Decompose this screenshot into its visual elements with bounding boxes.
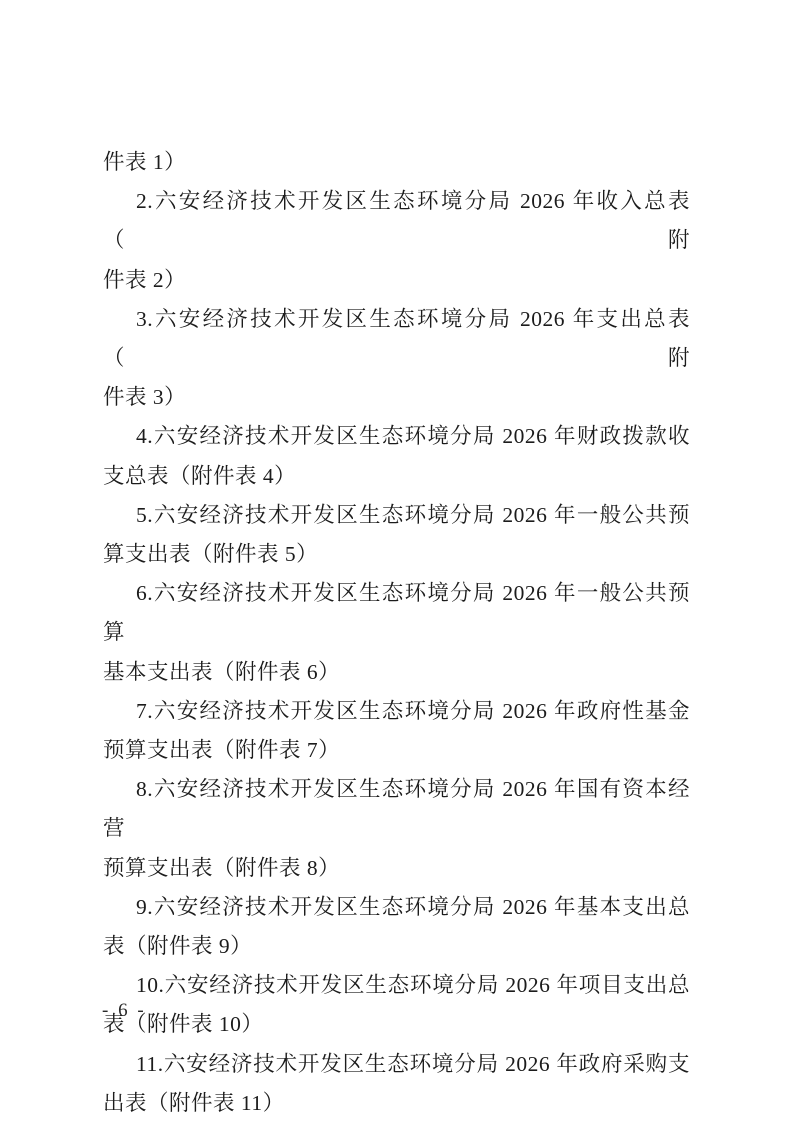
document-body: 件表 1） 2.六安经济技术开发区生态环境分局 2026 年收入总表（附 件表 … xyxy=(103,143,690,1122)
doc-line: 5.六安经济技术开发区生态环境分局 2026 年一般公共预 xyxy=(103,496,690,535)
page-number: - 6 - xyxy=(102,1000,146,1022)
doc-line: 8.六安经济技术开发区生态环境分局 2026 年国有资本经营 xyxy=(103,770,690,848)
doc-line: 10.六安经济技术开发区生态环境分局 2026 年项目支出总 xyxy=(103,966,690,1005)
doc-line: 7.六安经济技术开发区生态环境分局 2026 年政府性基金 xyxy=(103,692,690,731)
doc-line: 6.六安经济技术开发区生态环境分局 2026 年一般公共预算 xyxy=(103,574,690,652)
doc-line: 3.六安经济技术开发区生态环境分局 2026 年支出总表（附 xyxy=(103,300,690,378)
doc-line: 基本支出表（附件表 6） xyxy=(103,653,690,692)
doc-line: 出表（附件表 11） xyxy=(103,1084,690,1122)
doc-line: 9.六安经济技术开发区生态环境分局 2026 年基本支出总 xyxy=(103,888,690,927)
doc-line: 表（附件表 10） xyxy=(103,1005,690,1044)
document-page: 件表 1） 2.六安经济技术开发区生态环境分局 2026 年收入总表（附 件表 … xyxy=(0,0,793,1122)
doc-line: 预算支出表（附件表 7） xyxy=(103,731,690,770)
doc-line: 预算支出表（附件表 8） xyxy=(103,849,690,888)
doc-line: 2.六安经济技术开发区生态环境分局 2026 年收入总表（附 xyxy=(103,182,690,260)
doc-line: 件表 3） xyxy=(103,378,690,417)
doc-line: 算支出表（附件表 5） xyxy=(103,535,690,574)
doc-line: 件表 2） xyxy=(103,261,690,300)
doc-line: 支总表（附件表 4） xyxy=(103,457,690,496)
doc-line: 表（附件表 9） xyxy=(103,927,690,966)
doc-line: 件表 1） xyxy=(103,143,690,182)
doc-line: 4.六安经济技术开发区生态环境分局 2026 年财政拨款收 xyxy=(103,417,690,456)
doc-line: 11.六安经济技术开发区生态环境分局 2026 年政府采购支 xyxy=(103,1045,690,1084)
